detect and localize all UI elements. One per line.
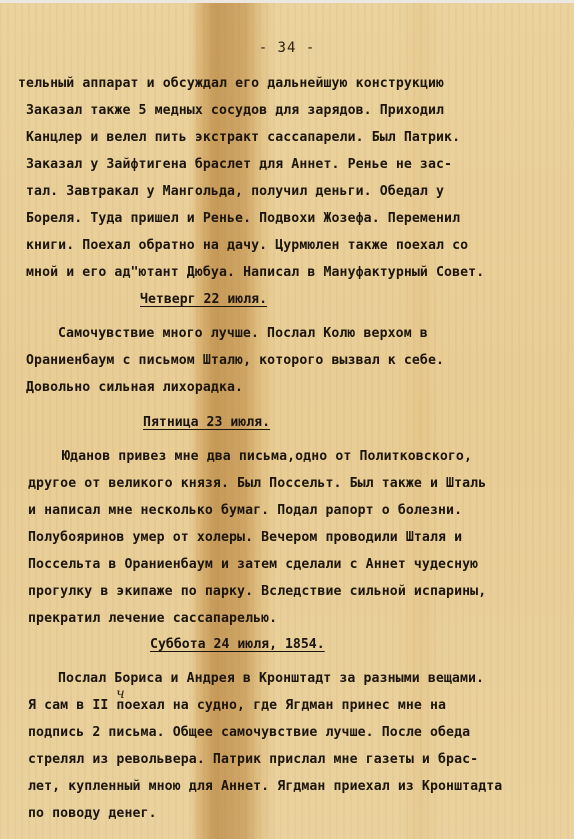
text-line: прогулку в экипаже по парку. Вследствие … (28, 584, 486, 599)
text-line: лет, купленный мною для Аннет. Ягдман пр… (28, 779, 502, 794)
text-line: книги. Поехал обратно на дачу. Цурмюлен … (26, 238, 468, 253)
text-line: мной и его ад"ютант Дюбуа. Написал в Ман… (26, 265, 484, 280)
scan-edge (0, 0, 574, 3)
text-line: стрелял из револьвера. Патрик прислал мн… (28, 752, 478, 767)
text-line: Самочувствие много лучше. Послал Колю ве… (58, 326, 428, 341)
text-line: подпись 2 письма. Общее самочувствие луч… (28, 725, 470, 740)
page-number: - 34 - (0, 40, 574, 56)
text-line: Заказал у Зайфтигена браслет для Аннет. … (26, 157, 452, 172)
text-line: Поссельта в Ораниенбаум и затем сделали … (28, 557, 478, 572)
entry-heading-saturday: Суббота 24 июля, 1854. (150, 637, 325, 652)
text-line: Юданов привез мне два письма,одно от Пол… (62, 449, 472, 464)
text-line: Послал Бориса и Андрея в Кронштадт за ра… (58, 671, 484, 686)
text-line: другое от великого князя. Был Поссельт. … (28, 476, 486, 491)
handwritten-mark: ч (116, 686, 125, 702)
text-line: прекратил лечение сассапарелью. (28, 611, 277, 626)
text-line: по поводу денег. (28, 806, 157, 821)
text-line: Канцлер и велел пить экстракт сассапарел… (26, 130, 460, 145)
text-line: Бореля. Туда пришел и Ренье. Подвохи Жоз… (26, 211, 460, 226)
text-line: Довольно сильная лихорадка. (26, 380, 243, 395)
entry-heading-friday: Пятница 23 июля. (143, 415, 270, 430)
text-line: Полубояринов умер от холеры. Вечером про… (28, 530, 462, 545)
entry-heading-thursday: Четверг 22 июля. (140, 292, 267, 307)
text-line: Ораниенбаум с письмом Шталю, которого вы… (26, 353, 444, 368)
text-line: Заказал также 5 медных сосудов для заряд… (26, 103, 444, 118)
text-line: и написал мне несколько бумаг. Подал рап… (28, 503, 462, 518)
text-line: Я сам в II поехал на судно, где Ягдман п… (28, 698, 446, 713)
text-line: тал. Завтракал у Мангольда, получил день… (26, 184, 444, 199)
document-page: - 34 - тельный аппарат и обсуждал его да… (0, 0, 574, 839)
text-line: тельный аппарат и обсуждал его дальнейшу… (18, 76, 444, 91)
